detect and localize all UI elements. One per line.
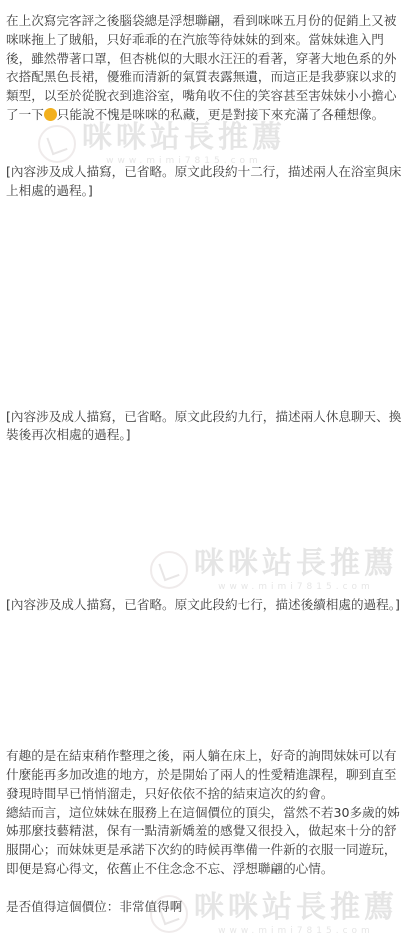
laughing-emoji-icon: [44, 108, 57, 121]
review-post: 在上次寫完客評之後腦袋總是浮想聯翩，看到咪咪五月份的促銷上又被咪咪拖上了賊船，只…: [6, 12, 402, 935]
paragraph-2: [內容涉及成人描寫，已省略。原文此段約十二行，描述兩人在浴室與床上相處的過程。]: [6, 163, 402, 389]
paragraph-intro: 在上次寫完客評之後腦袋總是浮想聯翩，看到咪咪五月份的促銷上又被咪咪拖上了賊船，只…: [6, 12, 402, 125]
paragraph-summary: 總結而言，這位妹妹在服務上在這個價位的頂尖，當然不若30多歲的姊姊那麼技藝精湛，…: [6, 804, 402, 879]
paragraph-5: 有趣的是在結束稍作整理之後，兩人躺在床上，好奇的詢問妹妹可以有什麼能再多加改進的…: [6, 747, 402, 803]
paragraph-3: [內容涉及成人描寫，已省略。原文此段約九行，描述兩人休息聊天、換裝後再次相處的過…: [6, 408, 402, 578]
paragraph-4: [內容涉及成人描寫，已省略。原文此段約七行，描述後續相處的過程。]: [6, 596, 402, 728]
paragraph-verdict: 是否值得這個價位：非常值得啊: [6, 898, 402, 917]
